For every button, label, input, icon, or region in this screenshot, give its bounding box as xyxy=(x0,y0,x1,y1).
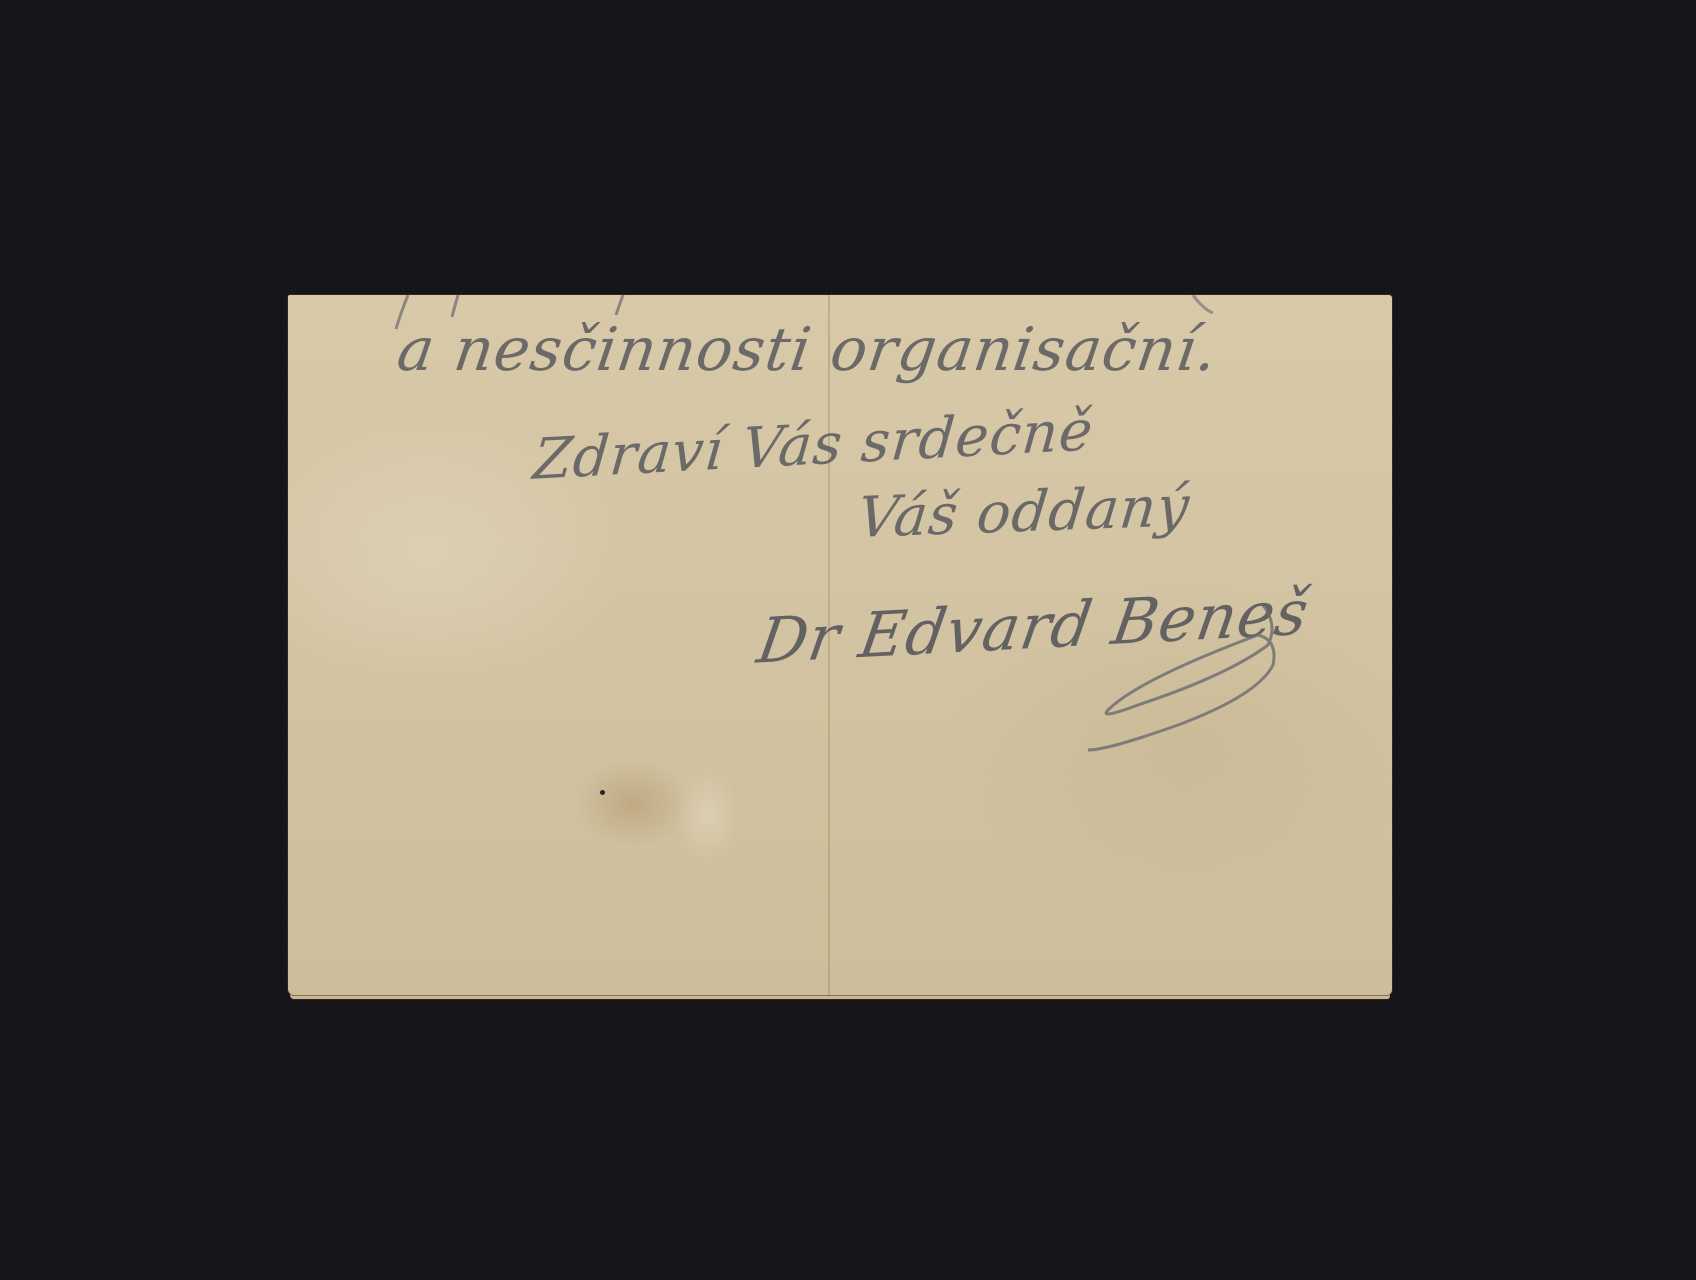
letter-greeting: Zdraví Vás srdečně xyxy=(531,398,1097,493)
signature-flourish xyxy=(1028,585,1308,755)
ink-spot xyxy=(600,790,605,795)
letter-line-1: a nesčinnosti organisační. xyxy=(393,315,1222,385)
letter-closing: Váš oddaný xyxy=(855,474,1193,551)
letter-paper: a nesčinnosti organisační. Zdraví Vás sr… xyxy=(288,295,1392,995)
